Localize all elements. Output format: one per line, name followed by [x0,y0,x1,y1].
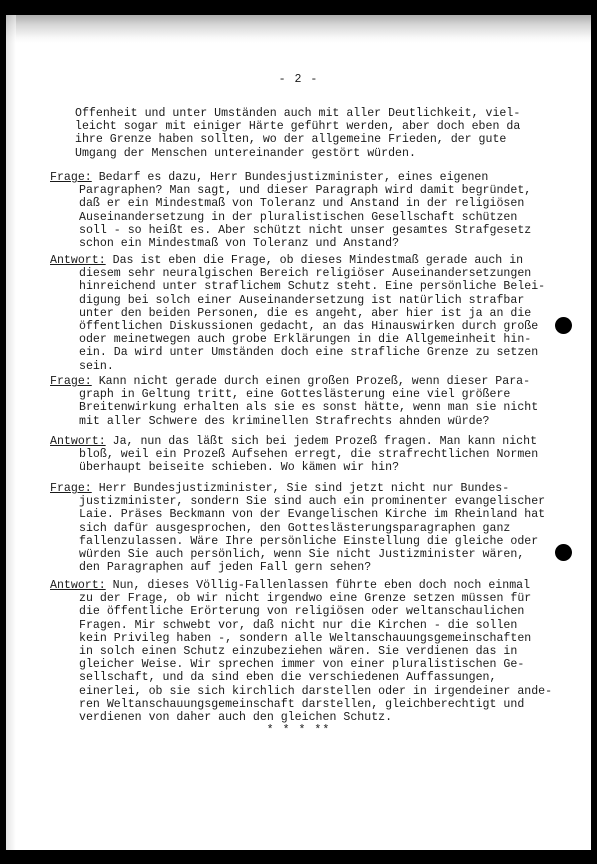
answer-label: Antwort: [50,435,106,448]
text-line: einerlei, ob sie sich kirchlich darstell… [50,685,570,698]
text-line: hinreichend unter straflichem Schutz ste… [50,280,570,293]
text-line: leicht sogar mit einiger Härte geführt w… [75,120,591,133]
text-line: öffentlichen Diskussionen gedacht, an da… [50,320,570,333]
text-line: Nun, dieses Völlig-Fallenlassen führte e… [106,579,530,592]
text-line: oder meinetwegen auch grobe Erklärungen … [50,333,570,346]
text-line: sein. [50,360,570,373]
text-line: überhaupt beiseite schieben. Wo kämen wi… [50,461,570,474]
text-line: Breitenwirkung erhalten als sie es sonst… [50,401,570,414]
intro-paragraph: Offenheit und unter Umständen auch mit a… [75,107,591,160]
text-line: Fragen. Mir schwebt vor, daß nicht nur d… [50,619,570,632]
text-line: Kann nicht gerade durch einen großen Pro… [92,375,530,388]
answer-label: Antwort: [50,254,106,267]
text-line: justizminister, sondern Sie sind auch ei… [50,495,570,508]
text-line: zu der Frage, ob wir nicht irgendwo eine… [50,592,570,605]
text-line: sich dafür ausgesprochen, den Gottesläst… [50,522,570,535]
text-line: ren Weltanschauungsgemeinschaft darstell… [50,698,570,711]
text-line: sellschaft, und da sind eben die verschi… [50,671,570,684]
text-line: schon ein Mindestmaß von Toleranz und An… [50,237,570,250]
scanned-page: - 2 - Offenheit und unter Umständen auch… [6,15,591,850]
typewritten-document: - 2 - Offenheit und unter Umständen auch… [6,15,591,850]
text-line: würden Sie auch persönlich, wenn Sie nic… [50,548,570,561]
text-line: verdienen von daher auch den gleichen Sc… [50,711,570,724]
text-line: digung bei solch einer Auseinandersetzun… [50,294,570,307]
text-line: soll - so heißt es. Aber schützt nicht u… [50,224,570,237]
text-line: daß er ein Mindestmaß von Toleranz und A… [50,197,570,210]
text-line: Ja, nun das läßt sich bei jedem Prozeß f… [106,435,537,448]
question-label: Frage: [50,375,92,388]
page-number: - 2 - [6,73,591,86]
text-line: die öffentliche Erörterung von religiöse… [50,605,570,618]
text-line: Das ist eben die Frage, ob dieses Mindes… [106,254,523,267]
text-line: unter den beiden Personen, die es angeht… [50,307,570,320]
question-label: Frage: [50,171,92,184]
text-line: gleicher Weise. Wir sprechen immer von e… [50,658,570,671]
text-line: Laie. Präses Beckmann von der Evangelisc… [50,508,570,521]
text-line: Auseinandersetzung in der pluralistische… [50,211,570,224]
text-line: kein Privileg haben -, sondern alle Welt… [50,632,570,645]
text-line: ein. Da wird unter Umständen doch eine s… [50,346,570,359]
answer-label: Antwort: [50,579,106,592]
text-line: Bedarf es dazu, Herr Bundesjustizministe… [92,171,489,184]
text-line: diesem sehr neuralgischen Bereich religi… [50,267,570,280]
text-line: Offenheit und unter Umständen auch mit a… [75,107,591,120]
text-line: den Paragraphen auf jeden Fall gern sehe… [50,561,570,574]
text-line: mit aller Schwere des kriminellen Strafr… [50,415,570,428]
answer-paragraph: Antwort: Ja, nun das läßt sich bei jedem… [50,435,570,475]
question-paragraph: Frage: Herr Bundesjustizminister, Sie si… [50,482,570,574]
answer-paragraph: Antwort: Das ist eben die Frage, ob dies… [50,254,570,373]
text-line: bloß, weil ein Prozeß Aufsehen erregt, d… [50,448,570,461]
text-line: Umgang der Menschen untereinander gestör… [75,147,591,160]
text-line: ihre Grenze haben sollten, wo der allgem… [75,133,591,146]
end-of-document-mark: * * * ** [6,724,591,737]
text-line: Herr Bundesjustizminister, Sie sind jetz… [92,482,509,495]
text-line: Paragraphen? Man sagt, und dieser Paragr… [50,184,570,197]
question-paragraph: Frage: Bedarf es dazu, Herr Bundesjustiz… [50,171,570,250]
text-line: fallenzulassen. Wäre Ihre persönliche Ei… [50,535,570,548]
question-paragraph: Frage: Kann nicht gerade durch einen gro… [50,375,570,428]
question-label: Frage: [50,482,92,495]
text-line: in solch einen Schutz einzubeziehen wäre… [50,645,570,658]
answer-paragraph: Antwort: Nun, dieses Völlig-Fallenlassen… [50,579,570,724]
text-line: graph in Geltung tritt, eine Gottesläste… [50,388,570,401]
